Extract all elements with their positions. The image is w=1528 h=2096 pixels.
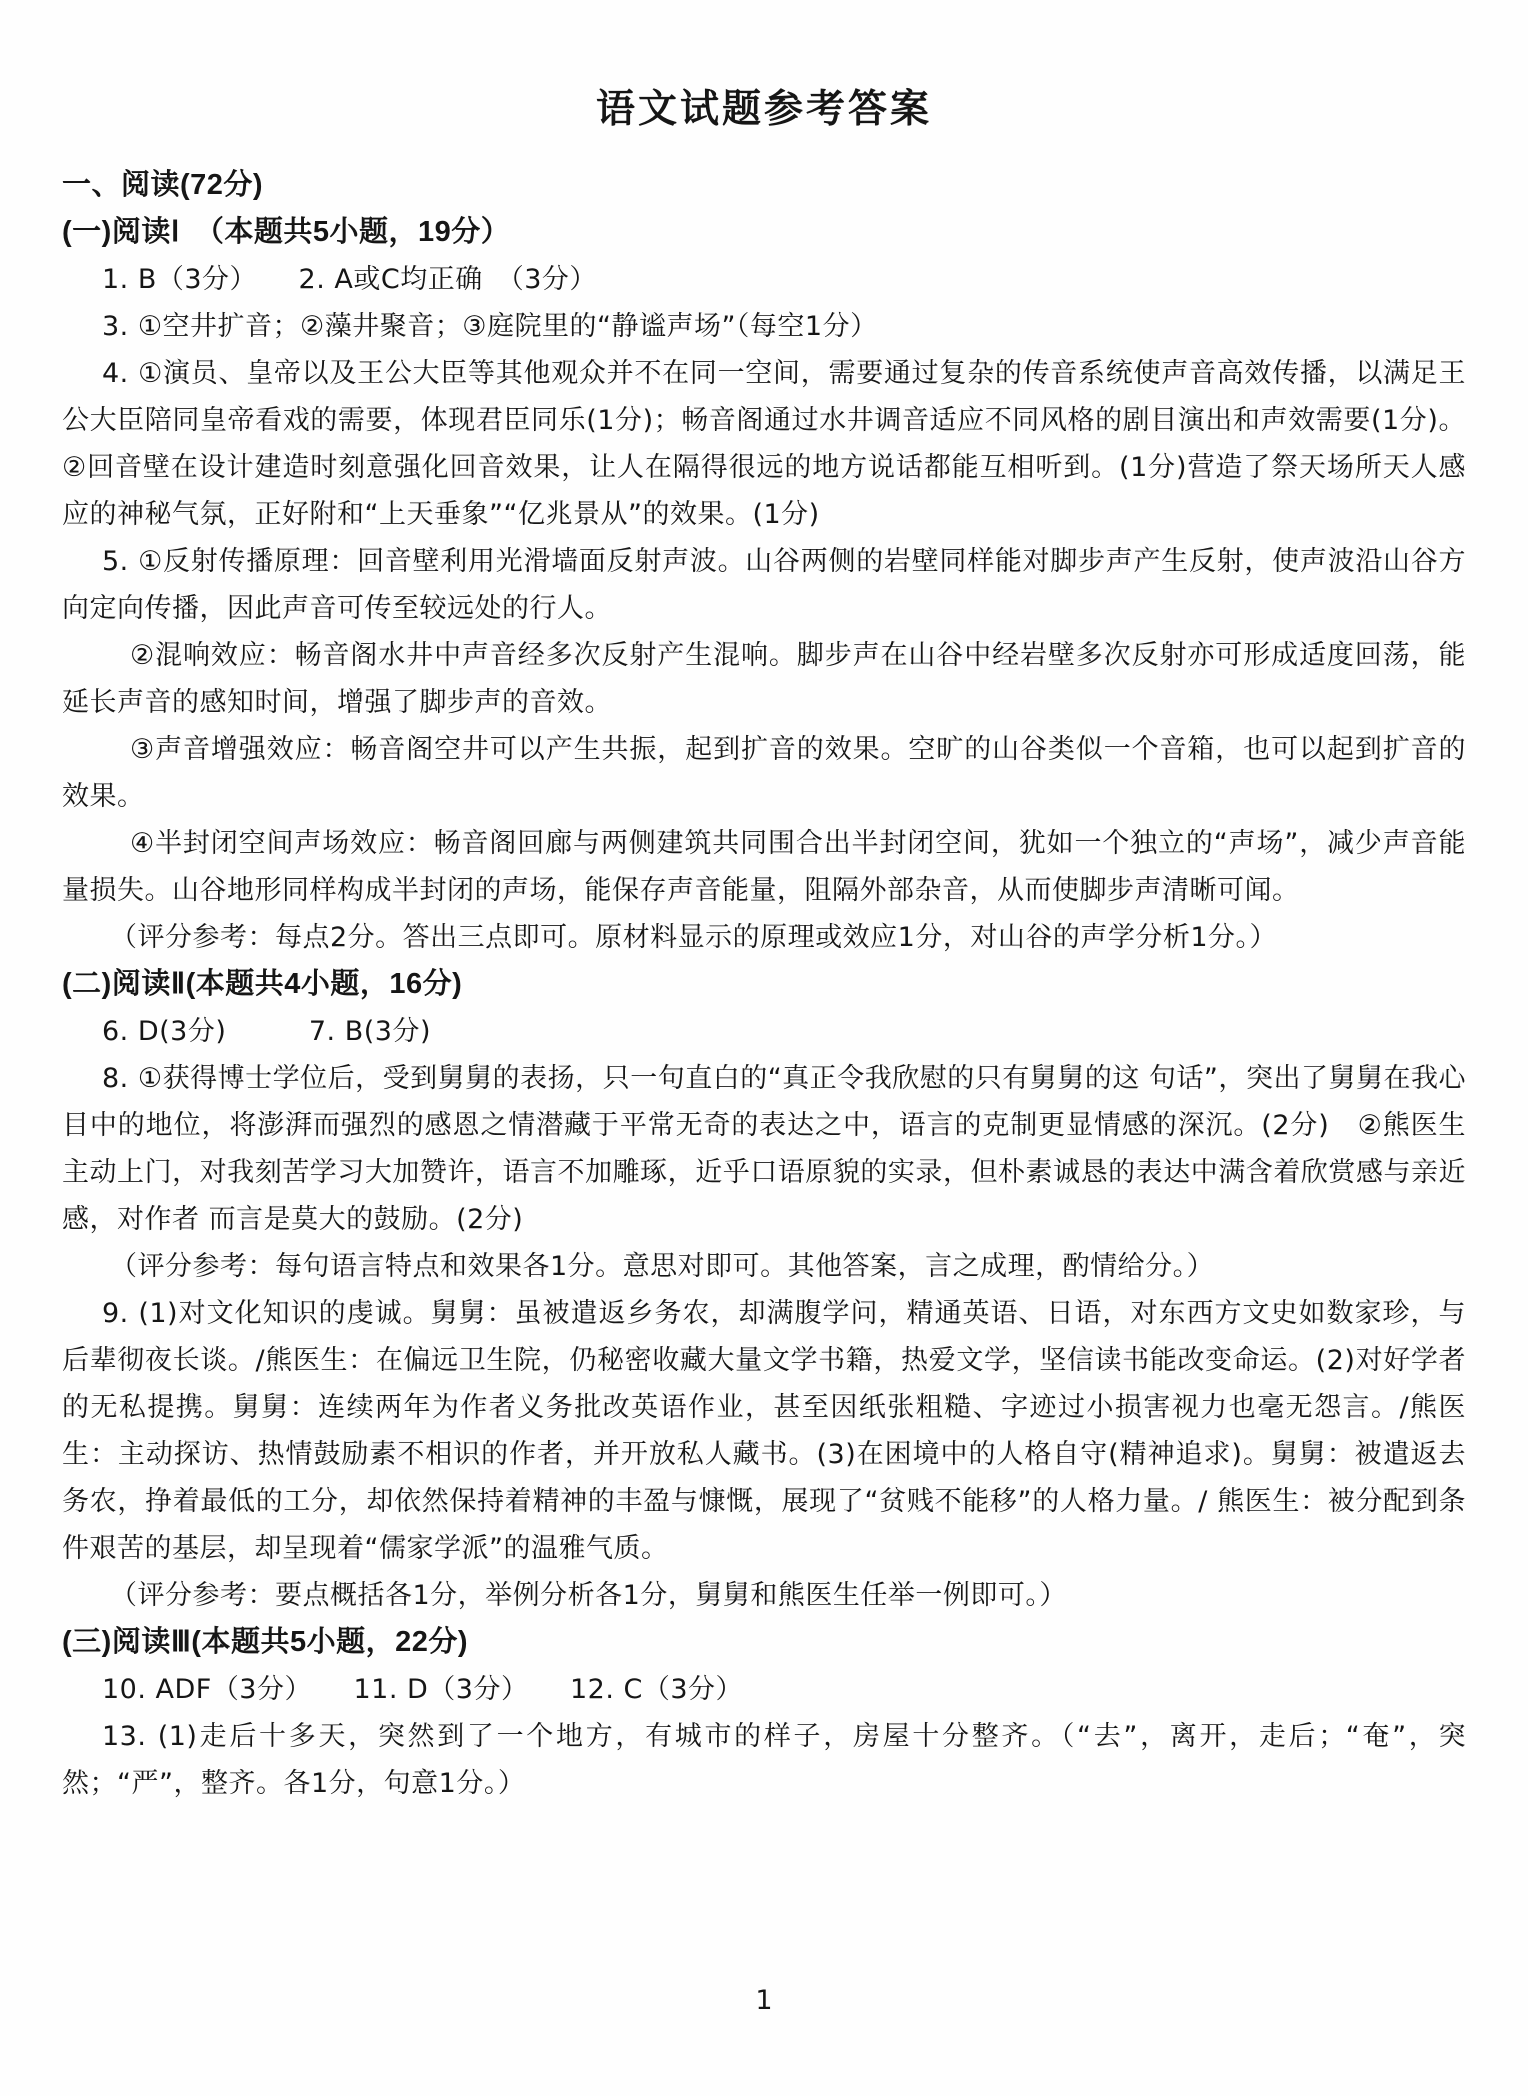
answer-paragraph: 6. D(3分) 7. B(3分) <box>62 1008 1466 1055</box>
answer-paragraph: （评分参考：要点概括各1分，举例分析各1分，舅舅和熊医生任举一例即可。） <box>62 1572 1466 1619</box>
answer-paragraph: 3. ①空井扩音；②藻井聚音；③庭院里的“静谧声场”（每空1分） <box>62 303 1466 350</box>
subsection-heading: (二)阅读Ⅱ(本题共4小题，16分) <box>62 961 1466 1008</box>
answer-paragraph: 13. (1)走后十多天，突然到了一个地方，有城市的样子，房屋十分整齐。（“去”… <box>62 1713 1466 1807</box>
answer-paragraph: （评分参考：每点2分。答出三点即可。原材料显示的原理或效应1分，对山谷的声学分析… <box>62 914 1466 961</box>
answer-paragraph: ③声音增强效应：畅音阁空井可以产生共振，起到扩音的效果。空旷的山谷类似一个音箱，… <box>62 726 1466 820</box>
section-heading: 一、阅读(72分) <box>62 162 1466 209</box>
document-body: 一、阅读(72分)(一)阅读Ⅰ （本题共5小题，19分）1. B（3分） 2. … <box>62 162 1466 1807</box>
answer-paragraph: 1. B（3分） 2. A或C均正确 （3分） <box>62 256 1466 303</box>
answer-sheet-page: 语文试题参考答案 一、阅读(72分)(一)阅读Ⅰ （本题共5小题，19分）1. … <box>0 0 1528 2096</box>
page-title: 语文试题参考答案 <box>62 86 1466 134</box>
subsection-heading: (三)阅读Ⅲ(本题共5小题，22分) <box>62 1619 1466 1666</box>
page-number: 1 <box>0 1985 1528 2016</box>
answer-paragraph: 9. (1)对文化知识的虔诚。舅舅：虽被遣返乡务农，却满腹学问，精通英语、日语，… <box>62 1290 1466 1572</box>
answer-paragraph: 5. ①反射传播原理：回音壁利用光滑墙面反射声波。山谷两侧的岩壁同样能对脚步声产… <box>62 538 1466 632</box>
answer-paragraph: 4. ①演员、皇帝以及王公大臣等其他观众并不在同一空间，需要通过复杂的传音系统使… <box>62 350 1466 538</box>
answer-paragraph: ②混响效应：畅音阁水井中声音经多次反射产生混响。脚步声在山谷中经岩壁多次反射亦可… <box>62 632 1466 726</box>
answer-paragraph: 10. ADF（3分） 11. D（3分） 12. C（3分） <box>62 1666 1466 1713</box>
answer-paragraph: （评分参考：每句语言特点和效果各1分。意思对即可。其他答案，言之成理，酌情给分。… <box>62 1243 1466 1290</box>
subsection-heading: (一)阅读Ⅰ （本题共5小题，19分） <box>62 209 1466 256</box>
answer-paragraph: 8. ①获得博士学位后，受到舅舅的表扬，只一句直白的“真正令我欣慰的只有舅舅的这… <box>62 1055 1466 1243</box>
answer-paragraph: ④半封闭空间声场效应：畅音阁回廊与两侧建筑共同围合出半封闭空间，犹如一个独立的“… <box>62 820 1466 914</box>
